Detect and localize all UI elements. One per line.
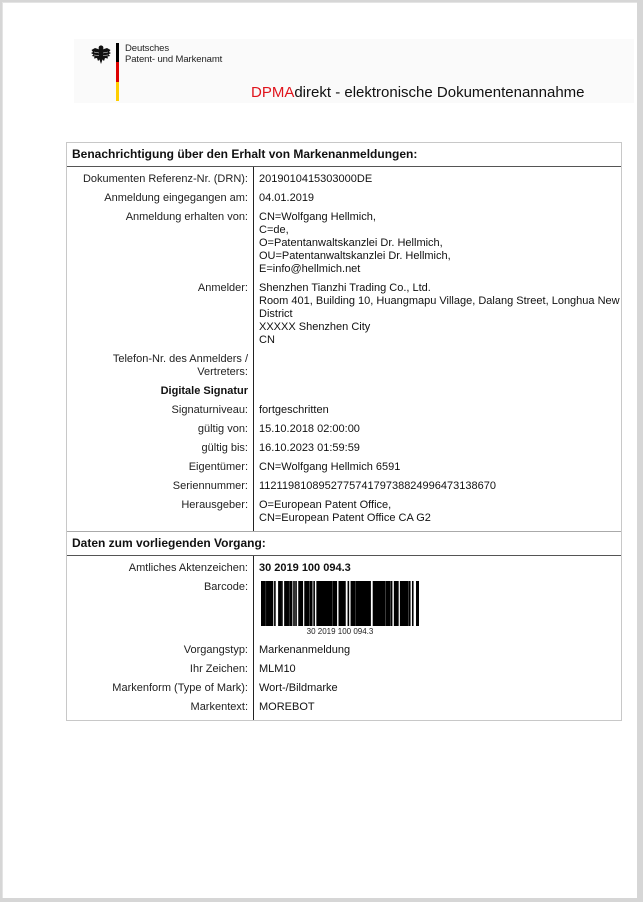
table-row: gültig von:15.10.2018 02:00:00 <box>67 420 621 439</box>
row-label: Telefon-Nr. des Anmelders / Vertreters: <box>67 350 253 382</box>
barcode-text: 30 2019 100 094.3 <box>261 625 419 638</box>
table-row: Seriennummer:112119810895277574179738824… <box>67 477 621 496</box>
row-value: O=European Patent Office,CN=European Pat… <box>254 496 621 528</box>
agency-name: Deutsches Patent- und Markenamt <box>125 43 222 65</box>
value-line: 15.10.2018 02:00:00 <box>259 423 621 436</box>
table-row: Signaturniveau:fortgeschritten <box>67 401 621 420</box>
row-value: CN=Wolfgang Hellmich,C=de,O=Patentanwalt… <box>254 208 621 279</box>
value-line: Shenzhen Tianzhi Trading Co., Ltd. <box>259 282 621 295</box>
table-row: Amtliches Aktenzeichen: 30 2019 100 094.… <box>67 559 621 578</box>
row-label: Anmelder: <box>67 279 253 350</box>
row-value: Markenanmeldung <box>254 641 621 660</box>
table-row: Herausgeber:O=European Patent Office,CN=… <box>67 496 621 528</box>
app-brand: DPMA <box>251 84 294 101</box>
row-label: Markenform (Type of Mark): <box>67 679 253 698</box>
table-row: gültig bis:16.10.2023 01:59:59 <box>67 439 621 458</box>
barcode <box>261 581 419 626</box>
value-line: Markenanmeldung <box>259 644 621 657</box>
value-line: O=Patentanwaltskanzlei Dr. Hellmich, <box>259 237 621 250</box>
row-value: CN=Wolfgang Hellmich 6591 <box>254 458 621 477</box>
row-label: Markentext: <box>67 698 253 717</box>
row-value: MOREBOT <box>254 698 621 717</box>
document-page: Deutsches Patent- und Markenamt DPMAdire… <box>2 2 637 898</box>
value-line: CN <box>259 334 621 347</box>
table-row: Barcode: 30 2019 100 094.3 <box>67 578 621 641</box>
value-line: C=de, <box>259 224 621 237</box>
row-label: Eigentümer: <box>67 458 253 477</box>
value-line: XXXXX Shenzhen City <box>259 321 621 334</box>
row-label: Digitale Signatur <box>67 382 253 401</box>
value-line: E=info@hellmich.net <box>259 263 621 276</box>
value-line: fortgeschritten <box>259 404 621 417</box>
file-number-value: 30 2019 100 094.3 <box>254 559 621 578</box>
row-value: 2019010415303000DE <box>254 170 621 189</box>
section-title-procedure: Daten zum vorliegenden Vorgang: <box>67 531 621 556</box>
value-line: 04.01.2019 <box>259 192 621 205</box>
flag-stripe <box>116 43 119 101</box>
row-value: Wort-/Bildmarke <box>254 679 621 698</box>
row-label: Amtliches Aktenzeichen: <box>67 559 253 578</box>
row-value: fortgeschritten <box>254 401 621 420</box>
row-label: Ihr Zeichen: <box>67 660 253 679</box>
row-label: Seriennummer: <box>67 477 253 496</box>
agency-line-2: Patent- und Markenamt <box>125 54 222 65</box>
app-title-text: direkt - elektronische Dokumentenannahme <box>294 84 584 101</box>
procedure-rows: Amtliches Aktenzeichen: 30 2019 100 094.… <box>67 556 621 720</box>
row-label: gültig bis: <box>67 439 253 458</box>
row-label: Signaturniveau: <box>67 401 253 420</box>
receipt-table: Benachrichtigung über den Erhalt von Mar… <box>66 142 622 721</box>
row-label: Vorgangstyp: <box>67 641 253 660</box>
value-line <box>259 353 621 366</box>
row-value <box>254 382 621 401</box>
row-value: 04.01.2019 <box>254 189 621 208</box>
barcode-cell: 30 2019 100 094.3 <box>254 578 621 641</box>
header-banner: Deutsches Patent- und Markenamt DPMAdire… <box>74 39 634 103</box>
table-row: Digitale Signatur <box>67 382 621 401</box>
value-line: CN=European Patent Office CA G2 <box>259 512 621 525</box>
value-line: OU=Patentanwaltskanzlei Dr. Hellmich, <box>259 250 621 263</box>
federal-eagle-icon <box>90 43 112 65</box>
agency-line-1: Deutsches <box>125 43 222 54</box>
row-value: 15.10.2018 02:00:00 <box>254 420 621 439</box>
row-label: Anmeldung eingegangen am: <box>67 189 253 208</box>
row-label: Herausgeber: <box>67 496 253 528</box>
receipt-rows: Dokumenten Referenz-Nr. (DRN):2019010415… <box>67 167 621 531</box>
table-row: Ihr Zeichen:MLM10 <box>67 660 621 679</box>
row-label: Anmeldung erhalten von: <box>67 208 253 279</box>
row-value: 112119810895277574179738824996473138670 <box>254 477 621 496</box>
section-title-receipt: Benachrichtigung über den Erhalt von Mar… <box>67 143 621 167</box>
value-line: Wort-/Bildmarke <box>259 682 621 695</box>
value-line: 2019010415303000DE <box>259 173 621 186</box>
table-row: Anmelder:Shenzhen Tianzhi Trading Co., L… <box>67 279 621 350</box>
value-line: 16.10.2023 01:59:59 <box>259 442 621 455</box>
value-line: 112119810895277574179738824996473138670 <box>259 480 621 493</box>
table-row: Telefon-Nr. des Anmelders / Vertreters: <box>67 350 621 382</box>
row-value: 16.10.2023 01:59:59 <box>254 439 621 458</box>
table-row: Anmeldung eingegangen am:04.01.2019 <box>67 189 621 208</box>
value-line: CN=Wolfgang Hellmich, <box>259 211 621 224</box>
value-line: O=European Patent Office, <box>259 499 621 512</box>
table-row: Eigentümer:CN=Wolfgang Hellmich 6591 <box>67 458 621 477</box>
row-label: Dokumenten Referenz-Nr. (DRN): <box>67 170 253 189</box>
value-line: CN=Wolfgang Hellmich 6591 <box>259 461 621 474</box>
value-line: MLM10 <box>259 663 621 676</box>
table-row: Anmeldung erhalten von:CN=Wolfgang Hellm… <box>67 208 621 279</box>
value-line: Room 401, Building 10, Huangmapu Village… <box>259 295 621 321</box>
table-row: Markentext:MOREBOT <box>67 698 621 717</box>
row-label: gültig von: <box>67 420 253 439</box>
table-row: Vorgangstyp:Markenanmeldung <box>67 641 621 660</box>
value-line <box>259 385 621 398</box>
value-line: MOREBOT <box>259 701 621 714</box>
row-value <box>254 350 621 382</box>
row-label: Barcode: <box>67 578 253 641</box>
app-title: DPMAdirekt - elektronische Dokumentenann… <box>251 84 585 101</box>
table-row: Dokumenten Referenz-Nr. (DRN):2019010415… <box>67 170 621 189</box>
row-value: MLM10 <box>254 660 621 679</box>
row-value: Shenzhen Tianzhi Trading Co., Ltd.Room 4… <box>254 279 621 350</box>
table-row: Markenform (Type of Mark):Wort-/Bildmark… <box>67 679 621 698</box>
